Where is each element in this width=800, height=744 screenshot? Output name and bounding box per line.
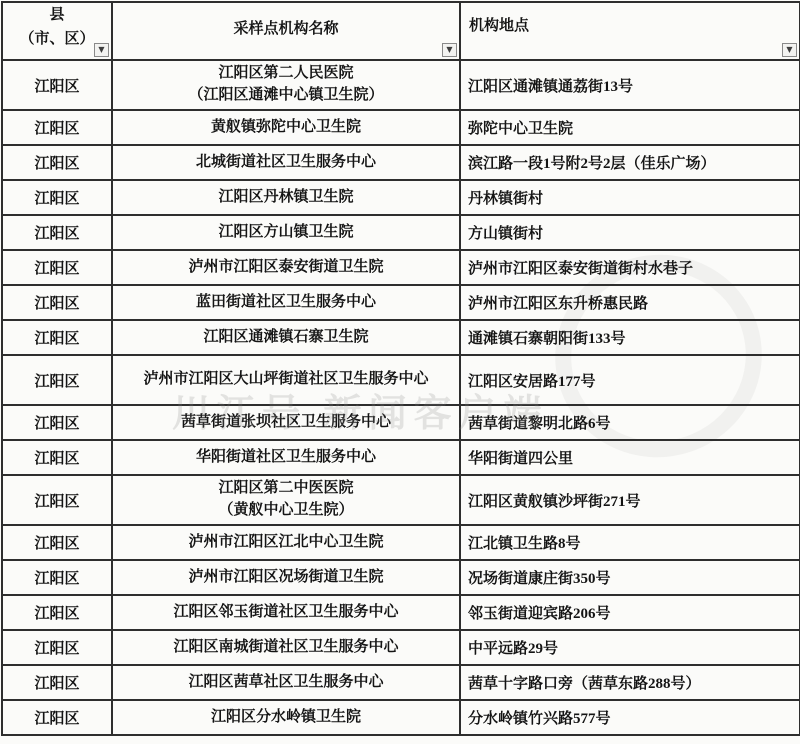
table-row: 江阳区 江阳区邻玉街道社区卫生服务中心 邻玉街道迎宾路206号 [2,595,800,630]
table-row: 江阳区 泸州市江阳区江北中心卫生院 江北镇卫生路8号 [2,525,800,560]
org-cell: 泸州市江阳区况场街道卫生院 [112,560,460,595]
county-cell: 江阳区 [2,475,112,525]
table-row: 江阳区 江阳区通滩镇石寨卫生院 通滩镇石寨朝阳街133号 [2,320,800,355]
table-row: 江阳区 华阳街道社区卫生服务中心 华阳街道四公里 [2,440,800,475]
org-cell: 茜草街道张坝社区卫生服务中心 [112,405,460,440]
header-org: 采样点机构名称 ▼ [112,2,460,60]
county-cell: 江阳区 [2,355,112,405]
header-county: 县 （市、区） ▼ [2,2,112,60]
org-cell: 江阳区南城街道社区卫生服务中心 [112,630,460,665]
county-cell: 江阳区 [2,595,112,630]
header-county-line1: 县 [49,7,64,23]
org-cell: 北城街道社区卫生服务中心 [112,145,460,180]
county-cell: 江阳区 [2,560,112,595]
table-row: 江阳区 茜草街道张坝社区卫生服务中心 茜草街道黎明北路6号 [2,405,800,440]
addr-cell: 茜草十字路口旁（茜草东路288号） [460,665,800,700]
org-cell: 江阳区方山镇卫生院 [112,215,460,250]
table-row: 江阳区 泸州市江阳区况场街道卫生院 况场街道康庄街350号 [2,560,800,595]
header-org-label: 采样点机构名称 [233,21,338,37]
filter-dropdown-county-icon[interactable]: ▼ [94,43,109,57]
table-row: 江阳区 江阳区南城街道社区卫生服务中心 中平远路29号 [2,630,800,665]
county-cell: 江阳区 [2,630,112,665]
header-addr: 机构地点 ▼ [460,2,800,60]
org-cell: 泸州市江阳区大山坪街道社区卫生服务中心 [112,355,460,405]
county-cell: 江阳区 [2,320,112,355]
addr-cell: 茜草街道黎明北路6号 [460,405,800,440]
header-county-line2: （市、区） [19,31,94,47]
org-cell: 泸州市江阳区江北中心卫生院 [112,525,460,560]
addr-cell: 丹林镇街村 [460,180,800,215]
org-cell: 江阳区分水岭镇卫生院 [112,700,460,735]
county-cell: 江阳区 [2,405,112,440]
org-cell: 江阳区第二中医医院 （黄舣中心卫生院） [112,475,460,525]
county-cell: 江阳区 [2,180,112,215]
county-cell: 江阳区 [2,665,112,700]
org-cell: 泸州市江阳区泰安街道卫生院 [112,250,460,285]
org-cell: 江阳区丹林镇卫生院 [112,180,460,215]
table-row: 江阳区 江阳区第二人民医院 （江阳区通滩中心镇卫生院） 江阳区通滩镇通荔街13号 [2,60,800,110]
addr-cell: 江阳区黄舣镇沙坪街271号 [460,475,800,525]
table-row: 江阳区 泸州市江阳区大山坪街道社区卫生服务中心 江阳区安居路177号 [2,355,800,405]
table-row: 江阳区 蓝田街道社区卫生服务中心 泸州市江阳区东升桥惠民路 [2,285,800,320]
sampling-points-table: 县 （市、区） ▼ 采样点机构名称 ▼ 机构地点 ▼ 江阳区 江阳区第二人民医院… [1,1,800,736]
county-cell: 江阳区 [2,285,112,320]
org-cell: 黄舣镇弥陀中心卫生院 [112,110,460,145]
org-cell: 江阳区通滩镇石寨卫生院 [112,320,460,355]
addr-cell: 江阳区安居路177号 [460,355,800,405]
table-row: 江阳区 江阳区分水岭镇卫生院 分水岭镇竹兴路577号 [2,700,800,735]
addr-cell: 滨江路一段1号附2号2层（佳乐广场） [460,145,800,180]
addr-cell: 况场街道康庄街350号 [460,560,800,595]
addr-cell: 方山镇街村 [460,215,800,250]
table-row: 江阳区 泸州市江阳区泰安街道卫生院 泸州市江阳区泰安街道街村水巷子 [2,250,800,285]
addr-cell: 邻玉街道迎宾路206号 [460,595,800,630]
county-cell: 江阳区 [2,700,112,735]
addr-cell: 通滩镇石寨朝阳街133号 [460,320,800,355]
addr-cell: 分水岭镇竹兴路577号 [460,700,800,735]
addr-cell: 中平远路29号 [460,630,800,665]
table-row: 江阳区 江阳区第二中医医院 （黄舣中心卫生院） 江阳区黄舣镇沙坪街271号 [2,475,800,525]
table-row: 江阳区 江阳区方山镇卫生院 方山镇街村 [2,215,800,250]
addr-cell: 华阳街道四公里 [460,440,800,475]
county-cell: 江阳区 [2,60,112,110]
org-cell: 江阳区邻玉街道社区卫生服务中心 [112,595,460,630]
org-cell: 蓝田街道社区卫生服务中心 [112,285,460,320]
table-row: 江阳区 江阳区茜草社区卫生服务中心 茜草十字路口旁（茜草东路288号） [2,665,800,700]
header-row: 县 （市、区） ▼ 采样点机构名称 ▼ 机构地点 ▼ [2,2,800,60]
table-header: 县 （市、区） ▼ 采样点机构名称 ▼ 机构地点 ▼ [2,2,800,60]
county-cell: 江阳区 [2,440,112,475]
org-cell: 江阳区第二人民医院 （江阳区通滩中心镇卫生院） [112,60,460,110]
addr-cell: 江阳区通滩镇通荔街13号 [460,60,800,110]
filter-dropdown-org-icon[interactable]: ▼ [442,43,457,57]
filter-dropdown-addr-icon[interactable]: ▼ [782,43,797,57]
county-cell: 江阳区 [2,525,112,560]
addr-cell: 弥陀中心卫生院 [460,110,800,145]
addr-cell: 泸州市江阳区泰安街道街村水巷子 [460,250,800,285]
header-addr-label: 机构地点 [469,18,529,34]
table-row: 江阳区 江阳区丹林镇卫生院 丹林镇街村 [2,180,800,215]
org-cell: 江阳区茜草社区卫生服务中心 [112,665,460,700]
addr-cell: 江北镇卫生路8号 [460,525,800,560]
addr-cell: 泸州市江阳区东升桥惠民路 [460,285,800,320]
table-row: 江阳区 黄舣镇弥陀中心卫生院 弥陀中心卫生院 [2,110,800,145]
org-cell: 华阳街道社区卫生服务中心 [112,440,460,475]
table-body: 江阳区 江阳区第二人民医院 （江阳区通滩中心镇卫生院） 江阳区通滩镇通荔街13号… [2,60,800,735]
county-cell: 江阳区 [2,215,112,250]
county-cell: 江阳区 [2,250,112,285]
county-cell: 江阳区 [2,145,112,180]
table-row: 江阳区 北城街道社区卫生服务中心 滨江路一段1号附2号2层（佳乐广场） [2,145,800,180]
county-cell: 江阳区 [2,110,112,145]
